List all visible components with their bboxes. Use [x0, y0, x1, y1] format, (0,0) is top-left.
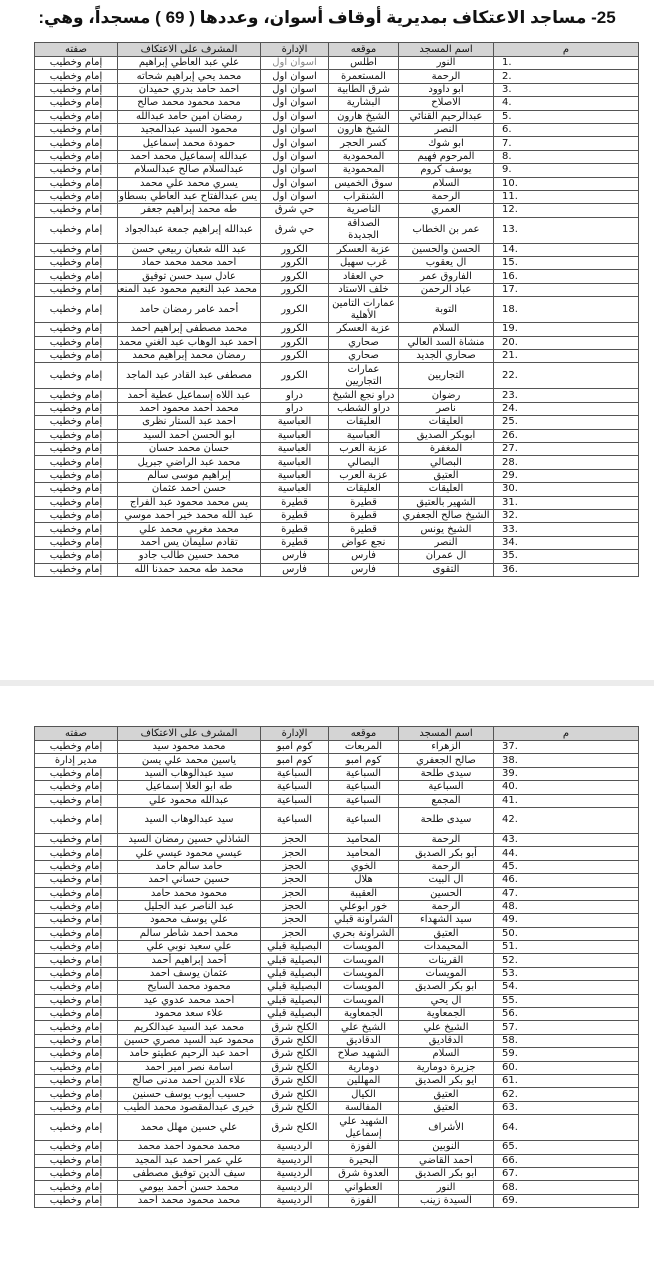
mosque-name-cell: السلام [399, 323, 494, 336]
supervisor-cell: محمد محمود محمد صالح [118, 97, 261, 110]
location-cell: العباسية [329, 429, 399, 442]
supervisor-cell: مصطفى عبد القادر عبد الماجد [118, 363, 261, 389]
col-header-role: صفته [35, 727, 118, 741]
table-row: 58.الدقاديقالدقاديقالكلح شرقمحمود عبد ال… [35, 1034, 639, 1047]
location-cell: العطواني [329, 1181, 399, 1194]
role-cell: إمام وخطيب [35, 137, 118, 150]
location-cell: المحاميد [329, 847, 399, 860]
row-number: 60. [494, 1061, 639, 1074]
mosques-table-page-2: م اسم المسجد موقعه الإدارة المشرف على ال… [34, 726, 639, 1208]
table-row: 11.الرحمةالشنقراباسوان اوليس عبدالفتاح ع… [35, 190, 639, 203]
location-cell: قطيرة [329, 509, 399, 522]
row-number: 38. [494, 754, 639, 767]
table-row: 4.الاصلاحالبشاريةاسوان اولمحمد محمود محم… [35, 97, 639, 110]
table-header-row: م اسم المسجد موقعه الإدارة المشرف على ال… [35, 727, 639, 741]
mosque-name-cell: الرحمة [399, 190, 494, 203]
role-cell: إمام وخطيب [35, 967, 118, 980]
mosque-name-cell: أبو بكر الصديق [399, 981, 494, 994]
mosque-name-cell: القرينات [399, 954, 494, 967]
row-number: 26. [494, 429, 639, 442]
col-header-location: موقعه [329, 727, 399, 741]
role-cell: إمام وخطيب [35, 550, 118, 563]
table-row: 39.سيدى طلحةالسباعيةالسباعيةسيد عبدالوها… [35, 767, 639, 780]
table-row: 2.الرحمةالمستعمرةاسوان اولمحمد يحي إبراه… [35, 70, 639, 83]
location-cell: البصالي [329, 456, 399, 469]
supervisor-cell: طه محمد إبراهيم جعفر [118, 204, 261, 217]
mosque-name-cell: أبو بكر الصديق [399, 1167, 494, 1180]
mosque-name-cell: جزيرة دومارية [399, 1061, 494, 1074]
table-body: 37.الزهراءالمربعاتكوم امبومحمد محمود سيد… [35, 741, 639, 1208]
administration-cell: اسوان اول [261, 57, 329, 70]
mosque-name-cell: الفاروق عمر [399, 270, 494, 283]
supervisor-cell: أبو الحسن أحمد السيد [118, 429, 261, 442]
supervisor-cell: أسامة نصر أمير أحمد [118, 1061, 261, 1074]
administration-cell: السباعية [261, 794, 329, 807]
role-cell: إمام وخطيب [35, 536, 118, 549]
administration-cell: قطيرة [261, 509, 329, 522]
supervisor-cell: إبراهيم موسى سالم [118, 469, 261, 482]
role-cell: إمام وخطيب [35, 781, 118, 794]
administration-cell: اسوان اول [261, 123, 329, 136]
row-number: 51. [494, 941, 639, 954]
supervisor-cell: احمد حامد بدري حميدان [118, 83, 261, 96]
location-cell: صحاري [329, 350, 399, 363]
administration-cell: السباعية [261, 781, 329, 794]
row-number: 14. [494, 243, 639, 256]
supervisor-cell: سيد عبدالوهاب السيد [118, 767, 261, 780]
col-header-administration: الإدارة [261, 727, 329, 741]
administration-cell: الحجز [261, 927, 329, 940]
role-cell: إمام وخطيب [35, 1101, 118, 1114]
row-number: 11. [494, 190, 639, 203]
location-cell: خلف الاستاد [329, 283, 399, 296]
location-cell: المويسات [329, 994, 399, 1007]
table-row: 66.أحمد القاضيالبحيرةالرديسيةعلي عمر أحم… [35, 1154, 639, 1167]
administration-cell: الكلح شرق [261, 1115, 329, 1141]
table-row: 26.أبوبكر الصديقالعباسيةالعباسيةأبو الحس… [35, 429, 639, 442]
role-cell: إمام وخطيب [35, 509, 118, 522]
administration-cell: الكرور [261, 270, 329, 283]
role-cell: إمام وخطيب [35, 741, 118, 754]
role-cell: إمام وخطيب [35, 469, 118, 482]
role-cell: إمام وخطيب [35, 496, 118, 509]
supervisor-cell: أحمد عامر رمضان حامد [118, 297, 261, 323]
table-row: 36.التقوىفارسفارسمحمد طه محمد حمدنا الله… [35, 563, 639, 576]
row-number: 17. [494, 283, 639, 296]
row-number: 53. [494, 967, 639, 980]
row-number: 62. [494, 1088, 639, 1101]
administration-cell: الحجز [261, 900, 329, 913]
row-number: 34. [494, 536, 639, 549]
supervisor-cell: علي يوسف محمود [118, 914, 261, 927]
row-number: 32. [494, 509, 639, 522]
table-row: 54.أبو بكر الصديقالمويساتالبصيلية قبليمح… [35, 981, 639, 994]
table-row: 44.أبو بكر الصديقالمحاميدالحجزعيسي محمود… [35, 847, 639, 860]
table-row: 5.عبدالرحيم القنائيالشيخ هاروناسوان اولر… [35, 110, 639, 123]
role-cell: إمام وخطيب [35, 283, 118, 296]
row-number: 23. [494, 389, 639, 402]
role-cell: إمام وخطيب [35, 874, 118, 887]
mosque-name-cell: الشيخ يونس [399, 523, 494, 536]
mosque-name-cell: صحاري الجديد [399, 350, 494, 363]
row-number: 46. [494, 874, 639, 887]
table-row: 38.صالح الجعفريكوم امبوكوم امبوياسين محم… [35, 754, 639, 767]
administration-cell: اسوان اول [261, 137, 329, 150]
table-row: 46.آل البيتهلالالحجزحسين حساني أحمدإمام … [35, 874, 639, 887]
location-cell: عزبة العسكر [329, 243, 399, 256]
table-row: 49.سيد الشهداءالشراونة قبليالحجزعلي يوسف… [35, 914, 639, 927]
col-header-mosque-name: اسم المسجد [399, 727, 494, 741]
location-cell: المفالسة [329, 1101, 399, 1114]
row-number: 67. [494, 1167, 639, 1180]
role-cell: إمام وخطيب [35, 833, 118, 846]
supervisor-cell: محمد أحمد محمود أحمد [118, 402, 261, 415]
location-cell: المويسات [329, 941, 399, 954]
supervisor-cell: خيرى عبدالمقصود محمد الطيب [118, 1101, 261, 1114]
table-body: 1.النورأطلساسوان اولعلي عبد العاطي إبراه… [35, 57, 639, 577]
row-number: 66. [494, 1154, 639, 1167]
row-number: 29. [494, 469, 639, 482]
mosque-name-cell: السباعية [399, 781, 494, 794]
role-cell: إمام وخطيب [35, 204, 118, 217]
administration-cell: الرديسية [261, 1181, 329, 1194]
table-row: 56.الجمعاويةالجمعاويةالبصيلية قبليعلاء س… [35, 1008, 639, 1021]
location-cell: الشنقراب [329, 190, 399, 203]
location-cell: العليقات [329, 483, 399, 496]
supervisor-cell: علي سعيد نوبي علي [118, 941, 261, 954]
row-number: 30. [494, 483, 639, 496]
supervisor-cell: عبد الناصر عبد الجليل [118, 900, 261, 913]
supervisor-cell: محمد حسن أحمد بيومي [118, 1181, 261, 1194]
supervisor-cell: عيسي محمود عيسي علي [118, 847, 261, 860]
administration-cell: حي شرق [261, 217, 329, 243]
administration-cell: العباسية [261, 442, 329, 455]
role-cell: إمام وخطيب [35, 150, 118, 163]
administration-cell: الكرور [261, 350, 329, 363]
table-row: 27.المغفرةعزبة العربالعباسيةحسان محمد حس… [35, 442, 639, 455]
mosque-name-cell: سيد الشهداء [399, 914, 494, 927]
administration-cell: اسوان اول [261, 83, 329, 96]
supervisor-cell: أحمد عبد الوهاب عبد الغني محمد [118, 336, 261, 349]
administration-cell: اسوان اول [261, 164, 329, 177]
table-row: 12.العمريالناصريةحي شرقطه محمد إبراهيم ج… [35, 204, 639, 217]
location-cell: العدوة شرق [329, 1167, 399, 1180]
supervisor-cell: محمد أحمد شاطر سالم [118, 927, 261, 940]
table-row: 61.ايو بكر الصديقالمهللينالكلح شرقعلاء ا… [35, 1074, 639, 1087]
mosque-name-cell: المويسات [399, 967, 494, 980]
administration-cell: الحجز [261, 914, 329, 927]
table-row: 53.المويساتالمويساتالبصيلية قبليعثمان يو… [35, 967, 639, 980]
table-row: 10.السلامسوق الخميساسوان اوليسري محمد عل… [35, 177, 639, 190]
location-cell: هلال [329, 874, 399, 887]
administration-cell: دراو [261, 389, 329, 402]
mosque-name-cell: آل عمران [399, 550, 494, 563]
role-cell: إمام وخطيب [35, 994, 118, 1007]
row-number: 10. [494, 177, 639, 190]
location-cell: الشيخ هارون [329, 123, 399, 136]
role-cell: إمام وخطيب [35, 847, 118, 860]
row-number: 19. [494, 323, 639, 336]
table-row: 68.النورالعطوانيالرديسيةمحمد حسن أحمد بي… [35, 1181, 639, 1194]
supervisor-cell: علاء سعد محمود [118, 1008, 261, 1021]
location-cell: فارس [329, 563, 399, 576]
supervisor-cell: الشاذلي حسين رمضان السيد [118, 833, 261, 846]
mosque-name-cell: العتيق [399, 469, 494, 482]
supervisor-cell: محمد عبد النعيم محمود عبد المنعم [118, 283, 261, 296]
role-cell: مدير إدارة [35, 754, 118, 767]
administration-cell: البصيلية قبلي [261, 954, 329, 967]
role-cell: إمام وخطيب [35, 900, 118, 913]
table-row: 31.الشهير بالعتيققطيرةقطيرةيس محمد محمود… [35, 496, 639, 509]
supervisor-cell: محمد حسين طالب جادو [118, 550, 261, 563]
supervisor-cell: عبدالله محمود علي [118, 794, 261, 807]
row-number: 69. [494, 1194, 639, 1207]
table-row: 7.ابو شوككسر الحجراسوان اولحمودة محمد إس… [35, 137, 639, 150]
role-cell: إمام وخطيب [35, 1088, 118, 1101]
administration-cell: العباسية [261, 456, 329, 469]
supervisor-cell: حمودة محمد إسماعيل [118, 137, 261, 150]
supervisor-cell: أحمد عبد الرحيم عطيتو حامد [118, 1048, 261, 1061]
mosque-name-cell: العمري [399, 204, 494, 217]
col-header-supervisor: المشرف على الاعتكاف [118, 727, 261, 741]
table-row: 28.البصاليالبصاليالعباسيةمحمد عبد الراضي… [35, 456, 639, 469]
administration-cell: الكلح شرق [261, 1048, 329, 1061]
administration-cell: الكلح شرق [261, 1074, 329, 1087]
supervisor-cell: محمد محمود سيد [118, 741, 261, 754]
location-cell: حي العقاد [329, 270, 399, 283]
role-cell: إمام وخطيب [35, 350, 118, 363]
role-cell: إمام وخطيب [35, 270, 118, 283]
supervisor-cell: محمد مصطفى إبراهيم أحمد [118, 323, 261, 336]
administration-cell: الرديسية [261, 1154, 329, 1167]
mosque-name-cell: سيدى طلحة [399, 767, 494, 780]
table-row: 55.آل يحيالمويساتالبصيلية قبليأحمد محمد … [35, 994, 639, 1007]
role-cell: إمام وخطيب [35, 927, 118, 940]
table-row: 50.العتيقالشراونة بحريالحجزمحمد أحمد شاط… [35, 927, 639, 940]
mosque-name-cell: الدقاديق [399, 1034, 494, 1047]
role-cell: إمام وخطيب [35, 123, 118, 136]
administration-cell: الحجز [261, 847, 329, 860]
mosque-name-cell: النور [399, 57, 494, 70]
row-number: 47. [494, 887, 639, 900]
mosque-name-cell: ايو بكر الصديق [399, 1074, 494, 1087]
location-cell: البشارية [329, 97, 399, 110]
mosque-name-cell: الشيخ صالح الجعفري [399, 509, 494, 522]
row-number: 7. [494, 137, 639, 150]
supervisor-cell: محمد محمود محمد أحمد [118, 1194, 261, 1207]
row-number: 43. [494, 833, 639, 846]
supervisor-cell: طه أبو العلا إسماعيل [118, 781, 261, 794]
table-row: 3.ابو داوودشرق الطابيةاسوان اولاحمد حامد… [35, 83, 639, 96]
mosque-name-cell: الشهير بالعتيق [399, 496, 494, 509]
row-number: 22. [494, 363, 639, 389]
location-cell: الصداقة الجديدة [329, 217, 399, 243]
mosque-name-cell: الحسن والحسين [399, 243, 494, 256]
location-cell: فارس [329, 550, 399, 563]
supervisor-cell: محمد طه محمد حمدنا الله [118, 563, 261, 576]
row-number: 55. [494, 994, 639, 1007]
location-cell: الشيخ هارون [329, 110, 399, 123]
row-number: 44. [494, 847, 639, 860]
role-cell: إمام وخطيب [35, 1048, 118, 1061]
row-number: 50. [494, 927, 639, 940]
location-cell: الشيخ علي [329, 1021, 399, 1034]
row-number: 52. [494, 954, 639, 967]
row-number: 5. [494, 110, 639, 123]
table-row: 16.الفاروق عمرحي العقادالكرورعادل سيد حس… [35, 270, 639, 283]
supervisor-cell: علي عبد العاطي إبراهيم [118, 57, 261, 70]
location-cell: العقيبة [329, 887, 399, 900]
administration-cell: الحجز [261, 860, 329, 873]
role-cell: إمام وخطيب [35, 563, 118, 576]
table-row: 6.النصرالشيخ هاروناسوان اولمحمود السيد ع… [35, 123, 639, 136]
supervisor-cell: ياسين محمد علي يسن [118, 754, 261, 767]
mosque-name-cell: عباد الرحمن [399, 283, 494, 296]
row-number: 8. [494, 150, 639, 163]
row-number: 48. [494, 900, 639, 913]
administration-cell: الكرور [261, 243, 329, 256]
mosque-name-cell: التوبة [399, 297, 494, 323]
mosque-name-cell: ناصر [399, 402, 494, 415]
supervisor-cell: أحمد محمد عدوي عيد [118, 994, 261, 1007]
table-row: 42.سيدى طلحةالسباعيةالسباعيةسيد عبدالوها… [35, 807, 639, 833]
mosque-name-cell: أبو بكر الصديق [399, 847, 494, 860]
mosque-name-cell: الرحمة [399, 833, 494, 846]
mosque-name-cell: السلام [399, 1048, 494, 1061]
location-cell: صحاري [329, 336, 399, 349]
administration-cell: اسوان اول [261, 110, 329, 123]
role-cell: إمام وخطيب [35, 954, 118, 967]
role-cell: إمام وخطيب [35, 336, 118, 349]
row-number: 42. [494, 807, 639, 833]
mosque-name-cell: الحسين [399, 887, 494, 900]
mosque-name-cell: يوسف كروم [399, 164, 494, 177]
table-row: 35.آل عمرانفارسفارسمحمد حسين طالب جادوإم… [35, 550, 639, 563]
location-cell: نجع عواض [329, 536, 399, 549]
role-cell: إمام وخطيب [35, 1181, 118, 1194]
row-number: 61. [494, 1074, 639, 1087]
mosque-name-cell: النور [399, 1181, 494, 1194]
location-cell: المويسات [329, 981, 399, 994]
mosque-name-cell: المغفرة [399, 442, 494, 455]
location-cell: الفوزة [329, 1141, 399, 1154]
mosque-name-cell: النصر [399, 536, 494, 549]
administration-cell: البصيلية قبلي [261, 981, 329, 994]
table-row: 63.العتيقالمفالسةالكلح شرقخيرى عبدالمقصو… [35, 1101, 639, 1114]
table-row: 25.العليقاتالعليقاتالعباسيةأحمد عبد الست… [35, 416, 639, 429]
role-cell: إمام وخطيب [35, 1008, 118, 1021]
role-cell: إمام وخطيب [35, 1141, 118, 1154]
supervisor-cell: أحمد محمد محمد حماد [118, 257, 261, 270]
administration-cell: الرديسية [261, 1167, 329, 1180]
mosque-name-cell: الاصلاح [399, 97, 494, 110]
location-cell: الشراونة قبلي [329, 914, 399, 927]
role-cell: إمام وخطيب [35, 456, 118, 469]
table-row: 51.المحيمداتالمويساتالبصيلية قبليعلي سعي… [35, 941, 639, 954]
location-cell: المهللين [329, 1074, 399, 1087]
row-number: 54. [494, 981, 639, 994]
location-cell: الكيال [329, 1088, 399, 1101]
col-header-number: م [494, 727, 639, 741]
table-row: 8.المرحوم فهيمالمحموديةاسوان اولعبدالله … [35, 150, 639, 163]
location-cell: دراو الشطب [329, 402, 399, 415]
location-cell: خور أبوعلي [329, 900, 399, 913]
location-cell: الفوزة [329, 1194, 399, 1207]
mosque-name-cell: الأشراف [399, 1115, 494, 1141]
location-cell: العليقات [329, 416, 399, 429]
mosque-name-cell: منشأة السد العالي [399, 336, 494, 349]
supervisor-cell: محمد عبد الراضي جبريل [118, 456, 261, 469]
mosque-name-cell: البصالي [399, 456, 494, 469]
administration-cell: البصيلية قبلي [261, 1008, 329, 1021]
table-row: 37.الزهراءالمربعاتكوم امبومحمد محمود سيد… [35, 741, 639, 754]
col-header-mosque-name: اسم المسجد [399, 43, 494, 57]
administration-cell: الكرور [261, 323, 329, 336]
row-number: 2. [494, 70, 639, 83]
administration-cell: البصيلية قبلي [261, 967, 329, 980]
administration-cell: الكلح شرق [261, 1088, 329, 1101]
location-cell: المويسات [329, 954, 399, 967]
location-cell: كوم امبو [329, 754, 399, 767]
row-number: 35. [494, 550, 639, 563]
administration-cell: الكلح شرق [261, 1034, 329, 1047]
mosque-name-cell: العتيق [399, 1101, 494, 1114]
supervisor-cell: حسين حساني أحمد [118, 874, 261, 887]
row-number: 56. [494, 1008, 639, 1021]
role-cell: إمام وخطيب [35, 429, 118, 442]
location-cell: السباعية [329, 767, 399, 780]
mosque-name-cell: الزهراء [399, 741, 494, 754]
row-number: 49. [494, 914, 639, 927]
administration-cell: دراو [261, 402, 329, 415]
location-cell: السباعية [329, 807, 399, 833]
table-header-row: م اسم المسجد موقعه الإدارة المشرف على ال… [35, 43, 639, 57]
role-cell: إمام وخطيب [35, 297, 118, 323]
table-row: 59.السلامالشهيد صلاحالكلح شرقأحمد عبد ال… [35, 1048, 639, 1061]
mosque-name-cell: آل البيت [399, 874, 494, 887]
page-break-divider [0, 680, 654, 686]
mosque-name-cell: سيدى طلحة [399, 807, 494, 833]
supervisor-cell: أحمد عبد الستار نظرى [118, 416, 261, 429]
administration-cell: الحجز [261, 887, 329, 900]
role-cell: إمام وخطيب [35, 70, 118, 83]
row-number: 3. [494, 83, 639, 96]
mosque-name-cell: المرحوم فهيم [399, 150, 494, 163]
location-cell: دراو نجع الشيخ [329, 389, 399, 402]
col-header-supervisor: المشرف على الاعتكاف [118, 43, 261, 57]
administration-cell: قطيرة [261, 496, 329, 509]
row-number: 16. [494, 270, 639, 283]
supervisor-cell: يسري محمد علي محمد [118, 177, 261, 190]
administration-cell: الحجز [261, 833, 329, 846]
row-number: 28. [494, 456, 639, 469]
location-cell: الجمعاوية [329, 1008, 399, 1021]
table-row: 29.العتيقعزبة العربالعباسيةإبراهيم موسى … [35, 469, 639, 482]
administration-cell: اسوان اول [261, 177, 329, 190]
administration-cell: البصيلية قبلي [261, 941, 329, 954]
row-number: 58. [494, 1034, 639, 1047]
location-cell: الشراونة بحري [329, 927, 399, 940]
administration-cell: الكرور [261, 283, 329, 296]
supervisor-cell: سيد عبدالوهاب السيد [118, 807, 261, 833]
table-row: 60.جزيرة دوماريةدوماريةالكلح شرقأسامة نص… [35, 1061, 639, 1074]
role-cell: إمام وخطيب [35, 416, 118, 429]
table-row: 30.العليقاتالعليقاتالعباسيةحسن أحمد عثما… [35, 483, 639, 496]
mosque-name-cell: التقوى [399, 563, 494, 576]
role-cell: إمام وخطيب [35, 323, 118, 336]
role-cell: إمام وخطيب [35, 1021, 118, 1034]
location-cell: قطيرة [329, 523, 399, 536]
